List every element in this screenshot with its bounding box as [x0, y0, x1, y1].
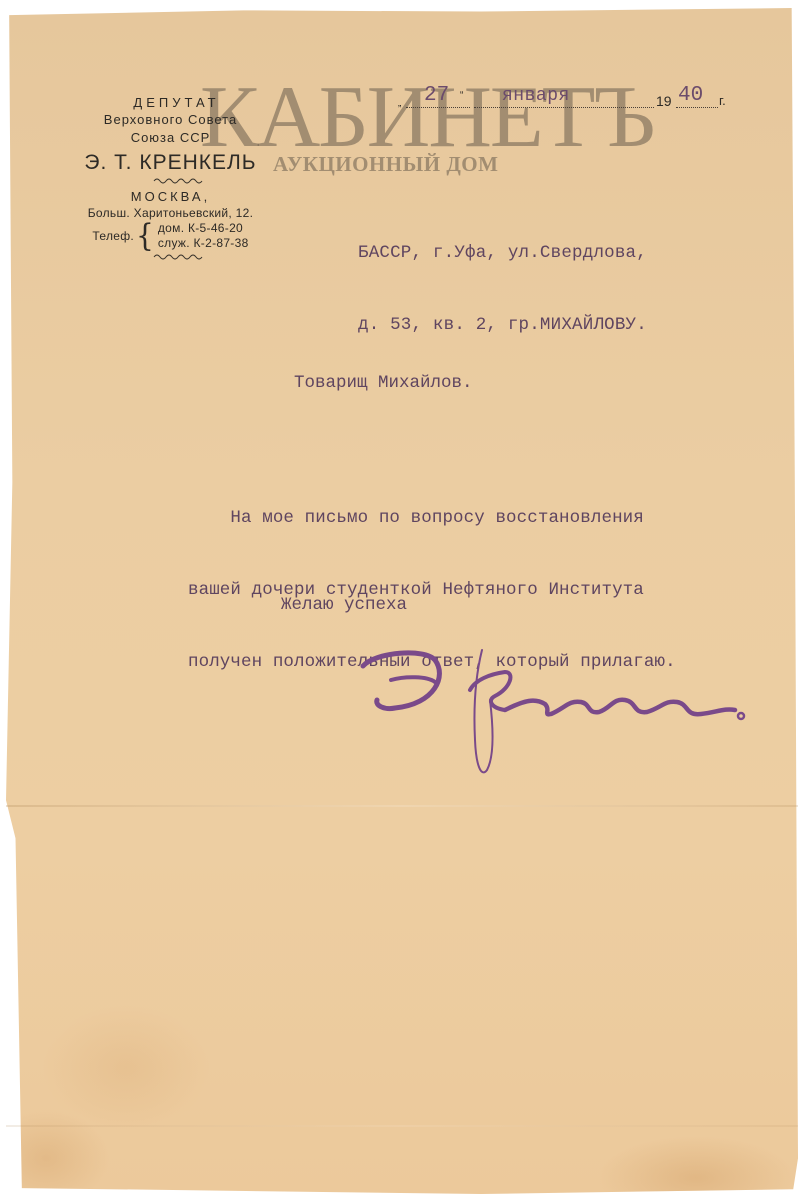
recipient-line1: БАССР, г.Уфа, ул.Свердлова, [358, 241, 647, 265]
body-line1: На мое письмо по вопросу восстановления [188, 506, 676, 530]
brace-icon: { [136, 221, 154, 252]
letterhead: ДЕПУТАТ Верховного Совета Союза ССР Э. Т… [58, 94, 283, 263]
paper-fold-line [6, 805, 798, 807]
handwritten-signature-icon [355, 630, 765, 790]
body-line2: вашей дочери студенткой Нефтяного Инстит… [188, 578, 676, 602]
date-year: 40 [678, 84, 703, 107]
date-day: 27 [424, 84, 449, 107]
phone-work: служ. К-2-87-38 [158, 236, 249, 251]
letterhead-city: МОСКВА, [58, 189, 283, 205]
date-year-prefix: 19 [656, 93, 672, 109]
ornament-wave-bottom [72, 253, 283, 263]
letterhead-address: Больш. Харитоньевский, 12. [58, 205, 283, 221]
date-year-abbrev: г. [719, 93, 726, 108]
phone-home: дом. К-5-46-20 [158, 221, 249, 236]
letterhead-line1: Верховного Совета [58, 111, 283, 129]
letterhead-name: Э. Т. КРЕНКЕЛЬ [58, 149, 283, 177]
wave-ornament-icon [153, 253, 203, 261]
date-open-quote: „ [398, 98, 401, 109]
phone-label: Телеф. [92, 229, 134, 243]
recipient-address: БАССР, г.Уфа, ул.Свердлова, д. 53, кв. 2… [358, 193, 647, 361]
closing: Желаю успеха [281, 595, 407, 615]
letterhead-phones: Телеф. { дом. К-5-46-20 служ. К-2-87-38 [58, 221, 283, 251]
date-line: „ 27 “ января 19 40 г. [398, 84, 734, 114]
dotted-line [474, 107, 654, 108]
ornament-wave [72, 177, 283, 187]
date-month: января [502, 86, 570, 106]
wave-ornament-icon [153, 177, 203, 185]
date-close-quote: “ [460, 90, 463, 101]
letterhead-title: ДЕПУТАТ [70, 94, 283, 111]
letterhead-line2: Союза ССР [58, 129, 283, 147]
dotted-line [676, 107, 718, 108]
dotted-line [406, 107, 470, 108]
signature [355, 630, 765, 790]
paper-fold-line [6, 1125, 798, 1127]
recipient-line2: д. 53, кв. 2, гр.МИХАЙЛОВУ. [358, 313, 647, 337]
salutation: Товарищ Михайлов. [294, 373, 473, 393]
